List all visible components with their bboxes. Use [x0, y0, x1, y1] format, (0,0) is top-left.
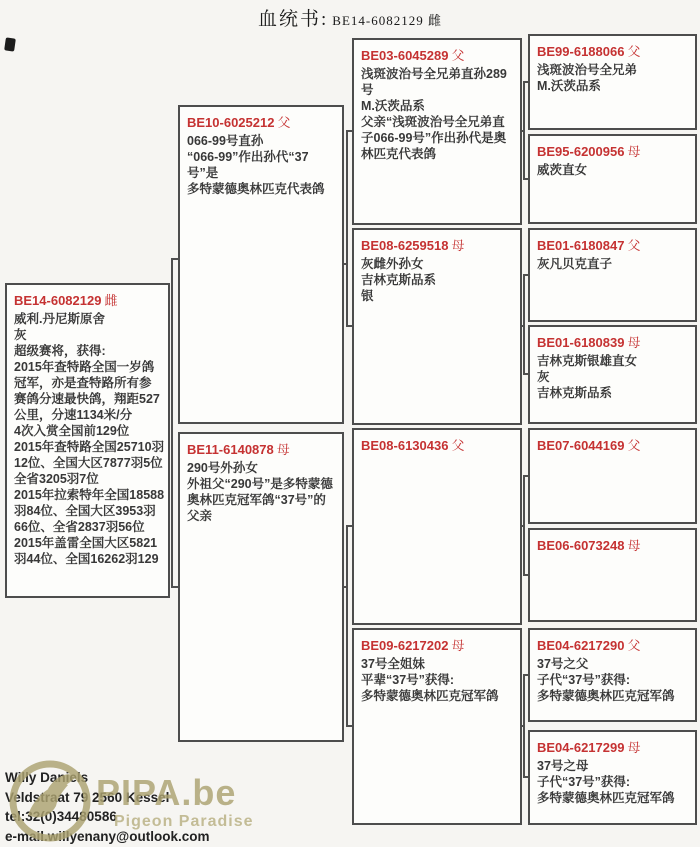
watermark-brand: PIPA.be [96, 775, 254, 811]
pedigree-notes: 37号全姐妹 平辈“37号”获得: 多特蒙德奥林匹克冠军鸽 [361, 656, 517, 704]
sex-label: 母 [451, 238, 464, 253]
ring-number: BE04-6217299母 [537, 737, 692, 756]
pedigree-title: 血统书: BE14-6082129 雌 [0, 4, 700, 31]
pedigree-notes: 灰雌外孙女 吉林克斯品系 银 [361, 256, 517, 304]
subject-box: BE14-6082129雌 威利.丹尼斯原舍 灰 超级赛将，获得: 2015年查… [5, 283, 170, 598]
connector-line [346, 130, 348, 327]
ring-number: BE08-6130436父 [361, 435, 517, 454]
pedigree-notes: 威茨直女 [537, 162, 692, 178]
sex-label: 父 [627, 438, 640, 453]
ring-number: BE95-6200956母 [537, 141, 692, 160]
connector-line [171, 586, 178, 588]
title-label: 血统书: [258, 9, 328, 30]
ring-number: BE03-6045289父 [361, 45, 517, 64]
ring-number: BE07-6044169父 [537, 435, 692, 454]
sex-label: 母 [627, 538, 640, 553]
sex-label: 母 [451, 638, 464, 653]
ring-number: BE10-6025212父 [187, 112, 339, 131]
great-grandfather-box: BE07-6044169父 [528, 428, 697, 524]
pedigree-notes: 290号外孙女 外祖父“290号”是多特蒙德 奥林匹克冠军鸽“37号”的 父亲 [187, 460, 339, 524]
sex-label: 父 [627, 44, 640, 59]
ring-number: BE14-6082129雌 [14, 290, 165, 309]
ring-number: BE01-6180847父 [537, 235, 692, 254]
connector-line [346, 525, 348, 727]
pigeon-logo-icon [8, 759, 92, 847]
sex-label: 雌 [104, 293, 117, 308]
pedigree-notes: 浅斑波治号全兄弟直孙289 号 M.沃茨品系 父亲“浅斑波治号全兄弟直 子066… [361, 66, 517, 162]
maternal-grandfather-box: BE08-6130436父 [352, 428, 522, 625]
sex-label: 母 [627, 740, 640, 755]
sex-label: 父 [627, 238, 640, 253]
ring-number: BE09-6217202母 [361, 635, 517, 654]
pedigree-notes: 威利.丹尼斯原舍 灰 超级赛将，获得: 2015年查特路全国一岁鸽 冠军，亦是查… [14, 311, 165, 567]
connector-line [171, 258, 178, 260]
scan-artifact [4, 37, 16, 51]
sex-label: 母 [627, 335, 640, 350]
pedigree-notes: 066-99号直孙 “066-99”作出孙代“37号”是 多特蒙德奥林匹克代表鸽 [187, 133, 339, 197]
great-grandmother-box: BE06-6073248母 [528, 528, 697, 622]
watermark-tagline: Pigeon Paradise [114, 813, 254, 831]
sex-label: 父 [627, 638, 640, 653]
sex-label: 父 [451, 48, 464, 63]
sex-label: 母 [627, 144, 640, 159]
great-grandfather-box: BE99-6188066父 浅斑波治号全兄弟 M.沃茨品系 [528, 34, 697, 130]
pedigree-notes: 37号之父 子代“37号”获得: 多特蒙德奥林匹克冠军鸽 [537, 656, 692, 704]
pedigree-notes: 吉林克斯银雄直女 灰 吉林克斯品系 [537, 353, 692, 401]
pipa-watermark: PIPA.be Pigeon Paradise [8, 760, 268, 846]
ring-number: BE06-6073248母 [537, 535, 692, 554]
paternal-grandmother-box: BE08-6259518母 灰雌外孙女 吉林克斯品系 银 [352, 228, 522, 425]
great-grandfather-box: BE01-6180847父 灰凡贝克直子 [528, 228, 697, 322]
ring-number: BE01-6180839母 [537, 332, 692, 351]
pedigree-notes: 浅斑波治号全兄弟 M.沃茨品系 [537, 62, 692, 94]
maternal-grandmother-box: BE09-6217202母 37号全姐妹 平辈“37号”获得: 多特蒙德奥林匹克… [352, 628, 522, 825]
ring-number: BE04-6217290父 [537, 635, 692, 654]
ring-number: BE11-6140878母 [187, 439, 339, 458]
ring-number: BE99-6188066父 [537, 41, 692, 60]
father-box: BE10-6025212父 066-99号直孙 “066-99”作出孙代“37号… [178, 105, 344, 424]
sex-label: 父 [277, 115, 290, 130]
paternal-grandfather-box: BE03-6045289父 浅斑波治号全兄弟直孙289 号 M.沃茨品系 父亲“… [352, 38, 522, 225]
sex-label: 母 [277, 442, 290, 457]
great-grandmother-box: BE04-6217299母 37号之母 子代“37号”获得: 多特蒙德奥林匹克冠… [528, 730, 697, 825]
pedigree-notes: 37号之母 子代“37号”获得: 多特蒙德奥林匹克冠军鸽 [537, 758, 692, 806]
sex-label: 父 [451, 438, 464, 453]
great-grandfather-box: BE04-6217290父 37号之父 子代“37号”获得: 多特蒙德奥林匹克冠… [528, 628, 697, 722]
title-subject-id: BE14-6082129 雌 [332, 13, 442, 28]
pedigree-notes: 灰凡贝克直子 [537, 256, 692, 272]
great-grandmother-box: BE01-6180839母 吉林克斯银雄直女 灰 吉林克斯品系 [528, 325, 697, 424]
mother-box: BE11-6140878母 290号外孙女 外祖父“290号”是多特蒙德 奥林匹… [178, 432, 344, 742]
great-grandmother-box: BE95-6200956母 威茨直女 [528, 134, 697, 224]
ring-number: BE08-6259518母 [361, 235, 517, 254]
connector-line [171, 258, 173, 588]
